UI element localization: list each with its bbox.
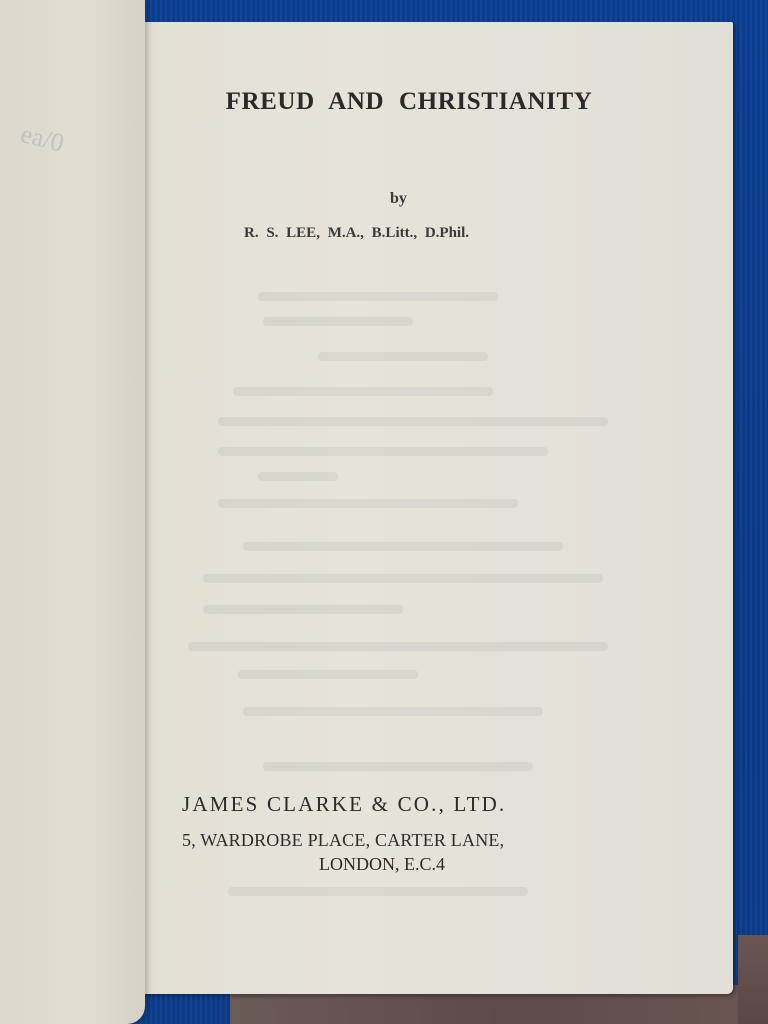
show-through-line <box>258 472 338 481</box>
show-through-line <box>218 499 518 508</box>
facing-blank-leaf: ea/0 <box>0 0 145 1024</box>
by-label: by <box>390 190 407 208</box>
show-through-line <box>318 352 488 361</box>
book-title: FREUD AND CHRISTIANITY <box>176 88 642 116</box>
wooden-table-corner <box>738 935 768 1024</box>
show-through-line <box>203 574 603 583</box>
show-through-line <box>203 605 403 614</box>
faint-pencil-mark: ea/0 <box>13 119 78 181</box>
show-through-line <box>258 292 498 301</box>
show-through-line <box>263 317 413 326</box>
show-through-line <box>243 707 543 716</box>
show-through-line <box>263 762 533 771</box>
publisher-name: JAMES CLARKE & CO., LTD. <box>182 792 582 817</box>
show-through-line <box>228 887 528 896</box>
author-credit: R. S. LEE, M.A., B.Litt., D.Phil. <box>244 225 564 242</box>
show-through-line <box>218 447 548 456</box>
show-through-line <box>238 670 418 679</box>
publisher-address: 5, WARDROBE PLACE, CARTER LANE, <box>182 830 582 851</box>
publisher-city: LONDON, E.C.4 <box>182 854 582 875</box>
show-through-line <box>243 542 563 551</box>
show-through-line <box>233 387 493 396</box>
show-through-line <box>188 642 608 651</box>
show-through-line <box>218 417 608 426</box>
